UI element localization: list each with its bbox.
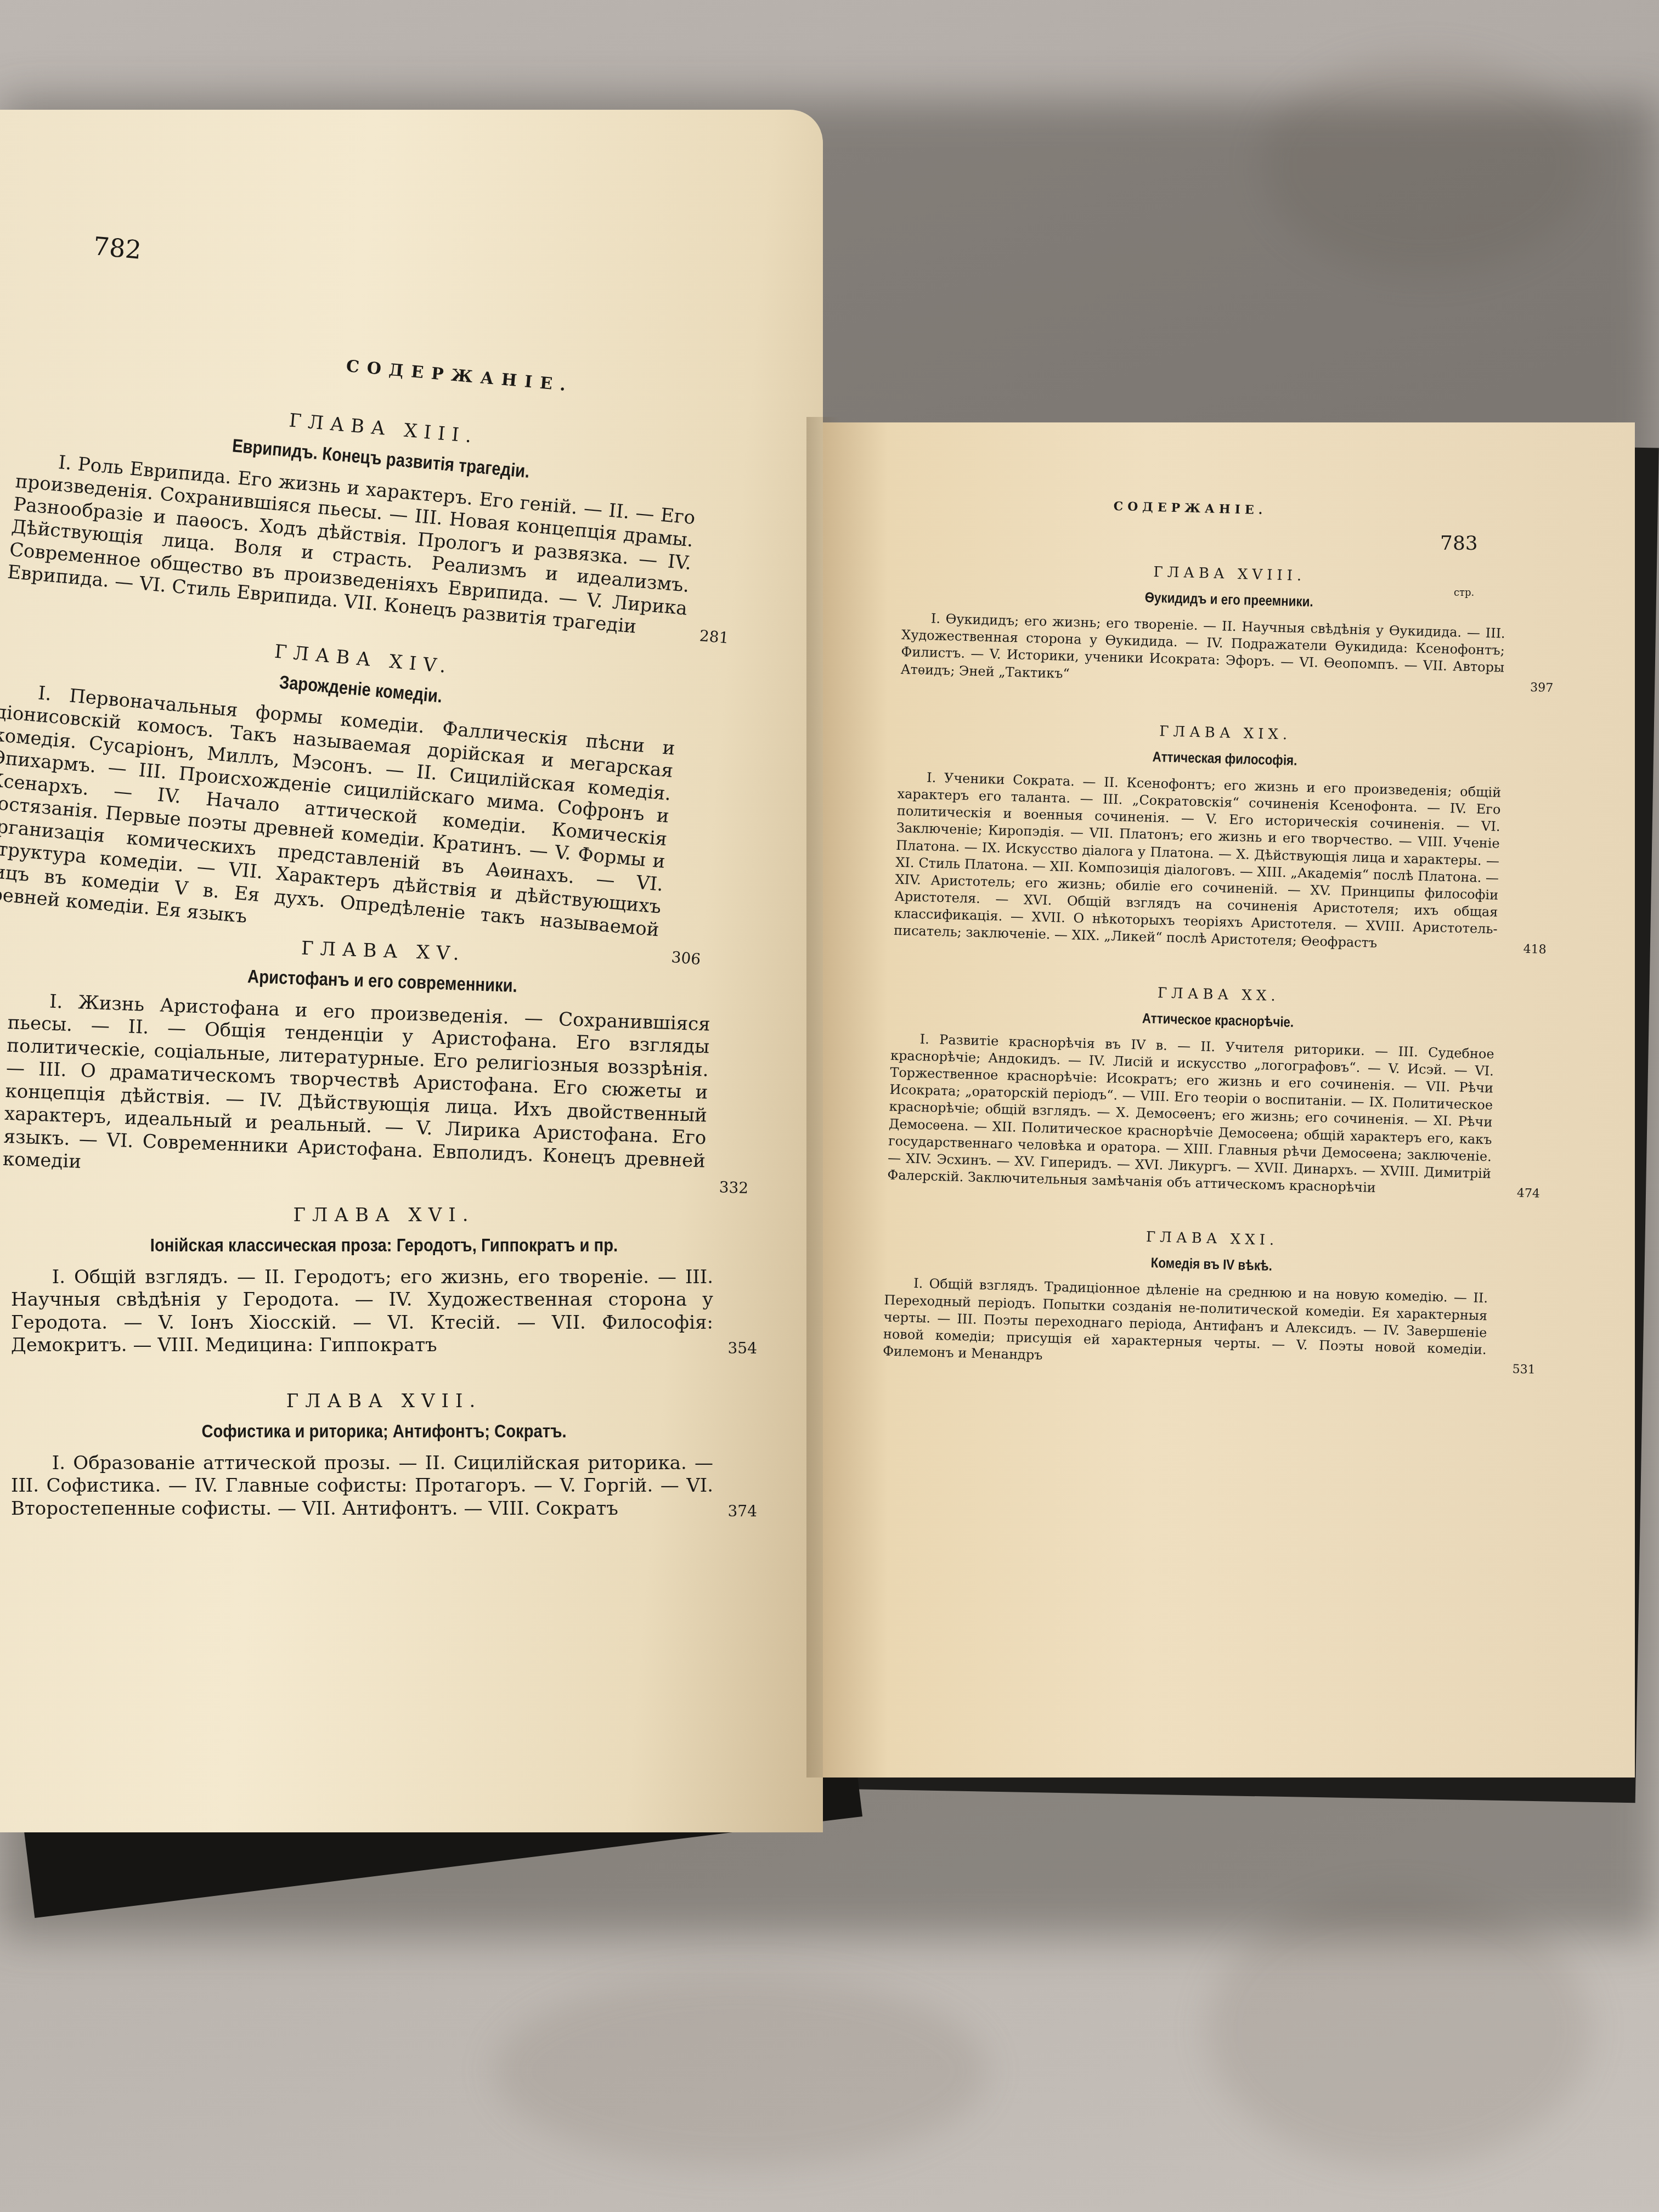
chapter-page-number: 474 (1517, 1187, 1541, 1201)
toc-chapter: ГЛАВА XVI. Іонійская классическая проза:… (11, 1204, 757, 1357)
chapter-page-number: 531 (1512, 1363, 1536, 1377)
toc-chapter: ГЛАВА XVIII. Ѳукидидъ и его преемники. I… (900, 557, 1556, 695)
running-head: СОДЕРЖАНІЕ. (170, 341, 751, 411)
left-page-content: СОДЕРЖАНІЕ. ГЛАВА XIII. Еврипидъ. Конецъ… (0, 219, 760, 1001)
chapter-title: Софистика и риторика; Антифонтъ; Сократъ… (63, 1421, 705, 1442)
chapter-page-number: 281 (699, 627, 730, 647)
chapter-page-number: 418 (1523, 942, 1547, 956)
chapter-page-number: 354 (728, 1339, 757, 1357)
chapter-summary: I. Развитіе краснорѣчія въ IV в. — II. У… (887, 1030, 1544, 1201)
left-page: 782 СОДЕРЖАНІЕ. ГЛАВА XIII. Еврипидъ. Ко… (0, 110, 823, 1832)
toc-chapter: ГЛАВА XVII. Софистика и риторика; Антифо… (11, 1390, 757, 1520)
chapter-page-number: 332 (719, 1178, 749, 1197)
background-stain (494, 1975, 988, 2167)
chapter-summary: I. Жизнь Аристофана и его произведенія. … (2, 989, 754, 1197)
chapter-summary: I. Общій взглядъ. — II. Геродотъ; его жи… (11, 1266, 757, 1357)
toc-chapter: ГЛАВА XIII. Еврипидъ. Конецъ развитія тр… (7, 386, 746, 647)
chapter-title: Аттическое краснорѣчіе. (937, 1004, 1499, 1036)
chapter-label: ГЛАВА XVII. (11, 1390, 757, 1412)
chapter-title: Комедія въ IV вѣкѣ. (930, 1249, 1492, 1280)
toc-chapter: ГЛАВА XIV. Зарожденіе комедіи. I. Первон… (0, 617, 725, 968)
chapter-summary: I. Ученики Сократа. — II. Ксенофонтъ; ег… (894, 769, 1551, 957)
right-page-content: СОДЕРЖАНІЕ. ГЛАВА XVIII. Ѳукидидъ и его … (882, 494, 1558, 1415)
left-page-content-lower: ГЛАВА XV. Аристофанъ и его современники.… (11, 927, 757, 1553)
right-page: 783 стр. СОДЕРЖАНІЕ. ГЛАВА XVIII. Ѳукиди… (823, 422, 1635, 1778)
toc-chapter: ГЛАВА XV. Аристофанъ и его современники.… (2, 927, 757, 1197)
chapter-summary: I. Общій взглядъ. Традиціонное дѣленіе н… (883, 1274, 1538, 1377)
toc-chapter: ГЛАВА XX. Аттическое краснорѣчіе. I. Раз… (887, 978, 1545, 1201)
chapter-page-number: 374 (728, 1502, 757, 1520)
chapter-page-number: 397 (1530, 681, 1554, 695)
chapter-title: Іонійская классическая проза: Геродотъ, … (63, 1235, 705, 1256)
chapter-summary: I. Образованіе аттической прозы. — II. С… (11, 1452, 757, 1520)
chapter-title: Аттическая философія. (944, 743, 1506, 775)
toc-chapter: ГЛАВА XXI. Комедія въ IV вѣкѣ. I. Общій … (883, 1222, 1539, 1377)
chapter-summary: I. Ѳукидидъ; его жизнь; его твореніе. — … (900, 610, 1555, 695)
chapter-title: Ѳукидидъ и его преемники. (948, 584, 1510, 616)
running-head: СОДЕРЖАНІЕ. (823, 492, 1558, 525)
chapter-label: ГЛАВА XVI. (11, 1204, 757, 1226)
toc-chapter: ГЛАВА XIX. Аттическая философія. I. Учен… (894, 716, 1552, 957)
